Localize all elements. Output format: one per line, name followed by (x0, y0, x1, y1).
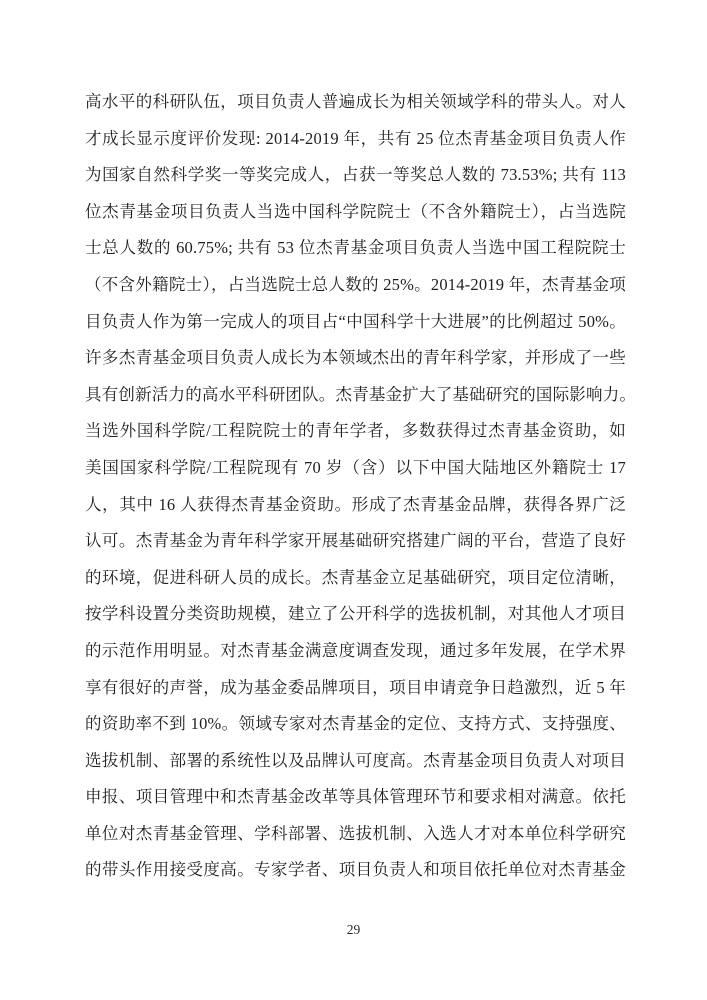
page-number: 29 (0, 922, 707, 938)
text-line: 的示范作用明显。对杰青基金满意度调查发现，通过多年发展，在学术界 (85, 633, 626, 670)
document-page: 高水平的科研队伍，项目负责人普遍成长为相关领域学科的带头人。对人才成长显示度评价… (0, 0, 707, 1000)
text-line: 的带头作用接受度高。专家学者、项目负责人和项目依托单位对杰青基金 (85, 852, 626, 889)
text-line: 的资助率不到 10%。领域专家对杰青基金的定位、支持方式、支持强度、 (85, 706, 626, 743)
text-line: 许多杰青基金项目负责人成长为本领域杰出的青年科学家，并形成了一些 (85, 340, 626, 377)
text-line: 人，其中 16 人获得杰青基金资助。形成了杰青基金品牌，获得各界广泛 (85, 487, 626, 524)
body-text: 高水平的科研队伍，项目负责人普遍成长为相关领域学科的带头人。对人才成长显示度评价… (85, 84, 626, 889)
text-line: 才成长显示度评价发现: 2014-2019 年，共有 25 位杰青基金项目负责人… (85, 121, 626, 158)
text-line: 美国国家科学院/工程院现有 70 岁（含）以下中国大陆地区外籍院士 17 (85, 450, 626, 487)
text-line: （不含外籍院士），占当选院士总人数的 25%。2014-2019 年，杰青基金项 (85, 267, 626, 304)
text-line: 具有创新活力的高水平科研团队。杰青基金扩大了基础研究的国际影响力。 (85, 377, 626, 414)
text-line: 当选外国科学院/工程院院士的青年学者，多数获得过杰青基金资助，如 (85, 413, 626, 450)
text-line: 认可。杰青基金为青年科学家开展基础研究搭建广阔的平台，营造了良好 (85, 523, 626, 560)
text-line: 单位对杰青基金管理、学科部署、选拔机制、入选人才对本单位科学研究 (85, 816, 626, 853)
text-line: 位杰青基金项目负责人当选中国科学院院士（不含外籍院士），占当选院 (85, 194, 626, 231)
text-line: 申报、项目管理中和杰青基金改革等具体管理环节和要求相对满意。依托 (85, 779, 626, 816)
text-line: 享有很好的声誉，成为基金委品牌项目，项目申请竞争日趋激烈，近 5 年 (85, 670, 626, 707)
text-line: 按学科设置分类资助规模，建立了公开科学的选拔机制，对其他人才项目 (85, 596, 626, 633)
text-line: 目负责人作为第一完成人的项目占“中国科学十大进展”的比例超过 50%。 (85, 304, 626, 341)
text-line: 的环境，促进科研人员的成长。杰青基金立足基础研究，项目定位清晰， (85, 560, 626, 597)
text-line: 士总人数的 60.75%; 共有 53 位杰青基金项目负责人当选中国工程院院士 (85, 230, 626, 267)
text-line: 为国家自然科学奖一等奖完成人，占获一等奖总人数的 73.53%; 共有 113 (85, 157, 626, 194)
text-line: 高水平的科研队伍，项目负责人普遍成长为相关领域学科的带头人。对人 (85, 84, 626, 121)
text-line: 选拔机制、部署的系统性以及品牌认可度高。杰青基金项目负责人对项目 (85, 743, 626, 780)
